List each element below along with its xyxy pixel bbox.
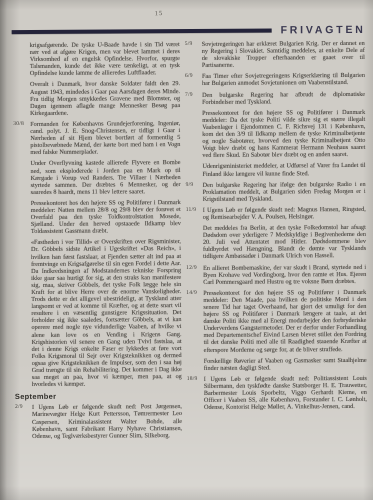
- entry-date: 5/9: [185, 41, 202, 69]
- news-entry: 18/9 I Ugens Løb er følgende skudt ned: …: [187, 375, 367, 412]
- entry-text: Den bulgarske Regering har afbrudt de di…: [202, 90, 365, 105]
- entry-date: 9/9: [186, 181, 203, 202]
- entry-text: Sovjetregeringen har erklæret Bulgarien …: [202, 40, 365, 69]
- entry-text: Den bulgarske Regering har ifølge den bu…: [203, 180, 366, 202]
- news-entry: 5/9 Sovjetregeringen har erklæret Bulgar…: [185, 40, 365, 69]
- news-entry: 2/9 I Ugens Løb er følgende skudt ned: P…: [15, 403, 182, 439]
- entry-text: En allieret Bombemaskine, der var skudt …: [203, 263, 366, 285]
- entry-date: [14, 239, 32, 388]
- entry-date: [187, 358, 204, 372]
- right-column: 5/9 Sovjetregeringen har erklæret Bulgar…: [185, 40, 367, 443]
- entry-text: Faa Timer efter Sovjetregeringens Krigse…: [202, 72, 365, 87]
- entry-date: 11/9: [186, 207, 203, 221]
- entry-date: [14, 200, 31, 236]
- news-entry: Det meddeles fra Berlin, at den tyske Fo…: [186, 224, 366, 261]
- entry-text: Pressekontoret for den højere SS og Poli…: [203, 289, 366, 354]
- text-columns: krigsafgørende. De tyske U-Baade havde i…: [13, 40, 367, 444]
- entry-text: «Fastheden i vor Tillid» er Overskriften…: [31, 238, 182, 388]
- news-entry: Pressekontoret for den højere SS og Poli…: [185, 109, 365, 160]
- entry-date: 6/9: [185, 73, 202, 87]
- news-entry: 9/9 Den bulgarske Regering har ifølge de…: [186, 180, 366, 202]
- news-entry: Udenrigsministeriet meddeler, at Udførse…: [185, 162, 365, 177]
- entry-date: [13, 81, 30, 117]
- entry-date: [185, 163, 202, 177]
- news-entry: krigsafgørende. De tyske U-Baade havde i…: [13, 41, 180, 77]
- entry-text: Udenrigsministeriet meddeler, at Udførse…: [202, 162, 365, 177]
- masthead-row: FRIVAGTEN: [12, 24, 366, 38]
- news-entry: 11/9 I Ugens Løb er følgende skudt ned: …: [186, 206, 366, 221]
- masthead-title: FRIVAGTEN: [281, 24, 366, 37]
- news-entry: Pressekontoret hos den højere SS og Poli…: [14, 199, 181, 235]
- entry-text: krigsafgørende. De tyske U-Baade havde i…: [30, 41, 180, 77]
- news-entry: «Fastheden i vor Tillid» er Overskriften…: [14, 238, 182, 388]
- entry-text: I Ugens Løb er følgende skudt ned: Magnu…: [203, 206, 366, 221]
- entry-text: Formanden for Københavns Grundejerforeni…: [30, 120, 180, 156]
- page-number: 15: [155, 10, 164, 17]
- entry-date: [185, 110, 202, 160]
- entry-date: [13, 160, 30, 196]
- news-entry: 14/9 Pressekontoret for den højere SS og…: [186, 289, 366, 354]
- news-entry: Overalt i Danmark, hvor danske Soldater …: [13, 81, 180, 117]
- entry-date: [186, 225, 203, 261]
- entry-date: 7/9: [185, 91, 202, 105]
- entry-text: I Ugens Løb er følgende skudt ned: Polit…: [204, 375, 367, 411]
- news-entry: Forskellige Røverier af Vaaben og Gasmas…: [187, 357, 367, 372]
- entry-text: Pressekontoret hos den højere SS og Poli…: [31, 199, 181, 235]
- entry-text: I Ugens Løb er følgende skudt ned: Post …: [32, 403, 182, 439]
- news-entry: 6/9 Faa Timer efter Sovjetregeringens Kr…: [185, 72, 365, 87]
- entry-date: [13, 42, 30, 78]
- page-content: 15 FRIVAGTEN krigsafgørende. De tyske U-…: [0, 0, 373, 500]
- september-entries: 2/9 I Ugens Løb er følgende skudt ned: P…: [15, 403, 182, 439]
- entry-date: 14/9: [186, 290, 203, 354]
- right-column-entries: 5/9 Sovjetregeringen har erklæret Bulgar…: [185, 40, 367, 411]
- section-header-september: September: [15, 391, 182, 401]
- entry-text: Overalt i Danmark, hvor danske Soldater …: [30, 81, 180, 117]
- news-entry: 12/9 En allieret Bombemaskine, der var s…: [186, 263, 366, 285]
- news-entry: Under Overflyvning kastede allierede Fly…: [13, 159, 180, 195]
- entry-date: 30/8: [13, 121, 30, 157]
- left-column-entries: krigsafgørende. De tyske U-Baade havde i…: [13, 41, 182, 388]
- entry-text: Under Overflyvning kastede allierede Fly…: [30, 159, 180, 195]
- news-entry: 30/8 Formanden for Københavns Grundejerf…: [13, 120, 180, 156]
- news-entry: 7/9 Den bulgarske Regering har afbrudt d…: [185, 90, 365, 105]
- header-rule: [12, 28, 272, 34]
- entry-text: Pressekontoret for den højere SS og Poli…: [202, 109, 365, 160]
- newspaper-page: 15 FRIVAGTEN krigsafgørende. De tyske U-…: [0, 0, 373, 500]
- left-column: krigsafgørende. De tyske U-Baade havde i…: [13, 41, 182, 444]
- entry-date: 18/9: [187, 376, 204, 412]
- entry-date: 12/9: [186, 264, 203, 285]
- entry-text: Det meddeles fra Berlin, at den tyske Fo…: [203, 224, 366, 260]
- entry-date: 2/9: [15, 404, 32, 440]
- entry-text: Forskellige Røverier af Vaaben og Gasmas…: [204, 357, 367, 372]
